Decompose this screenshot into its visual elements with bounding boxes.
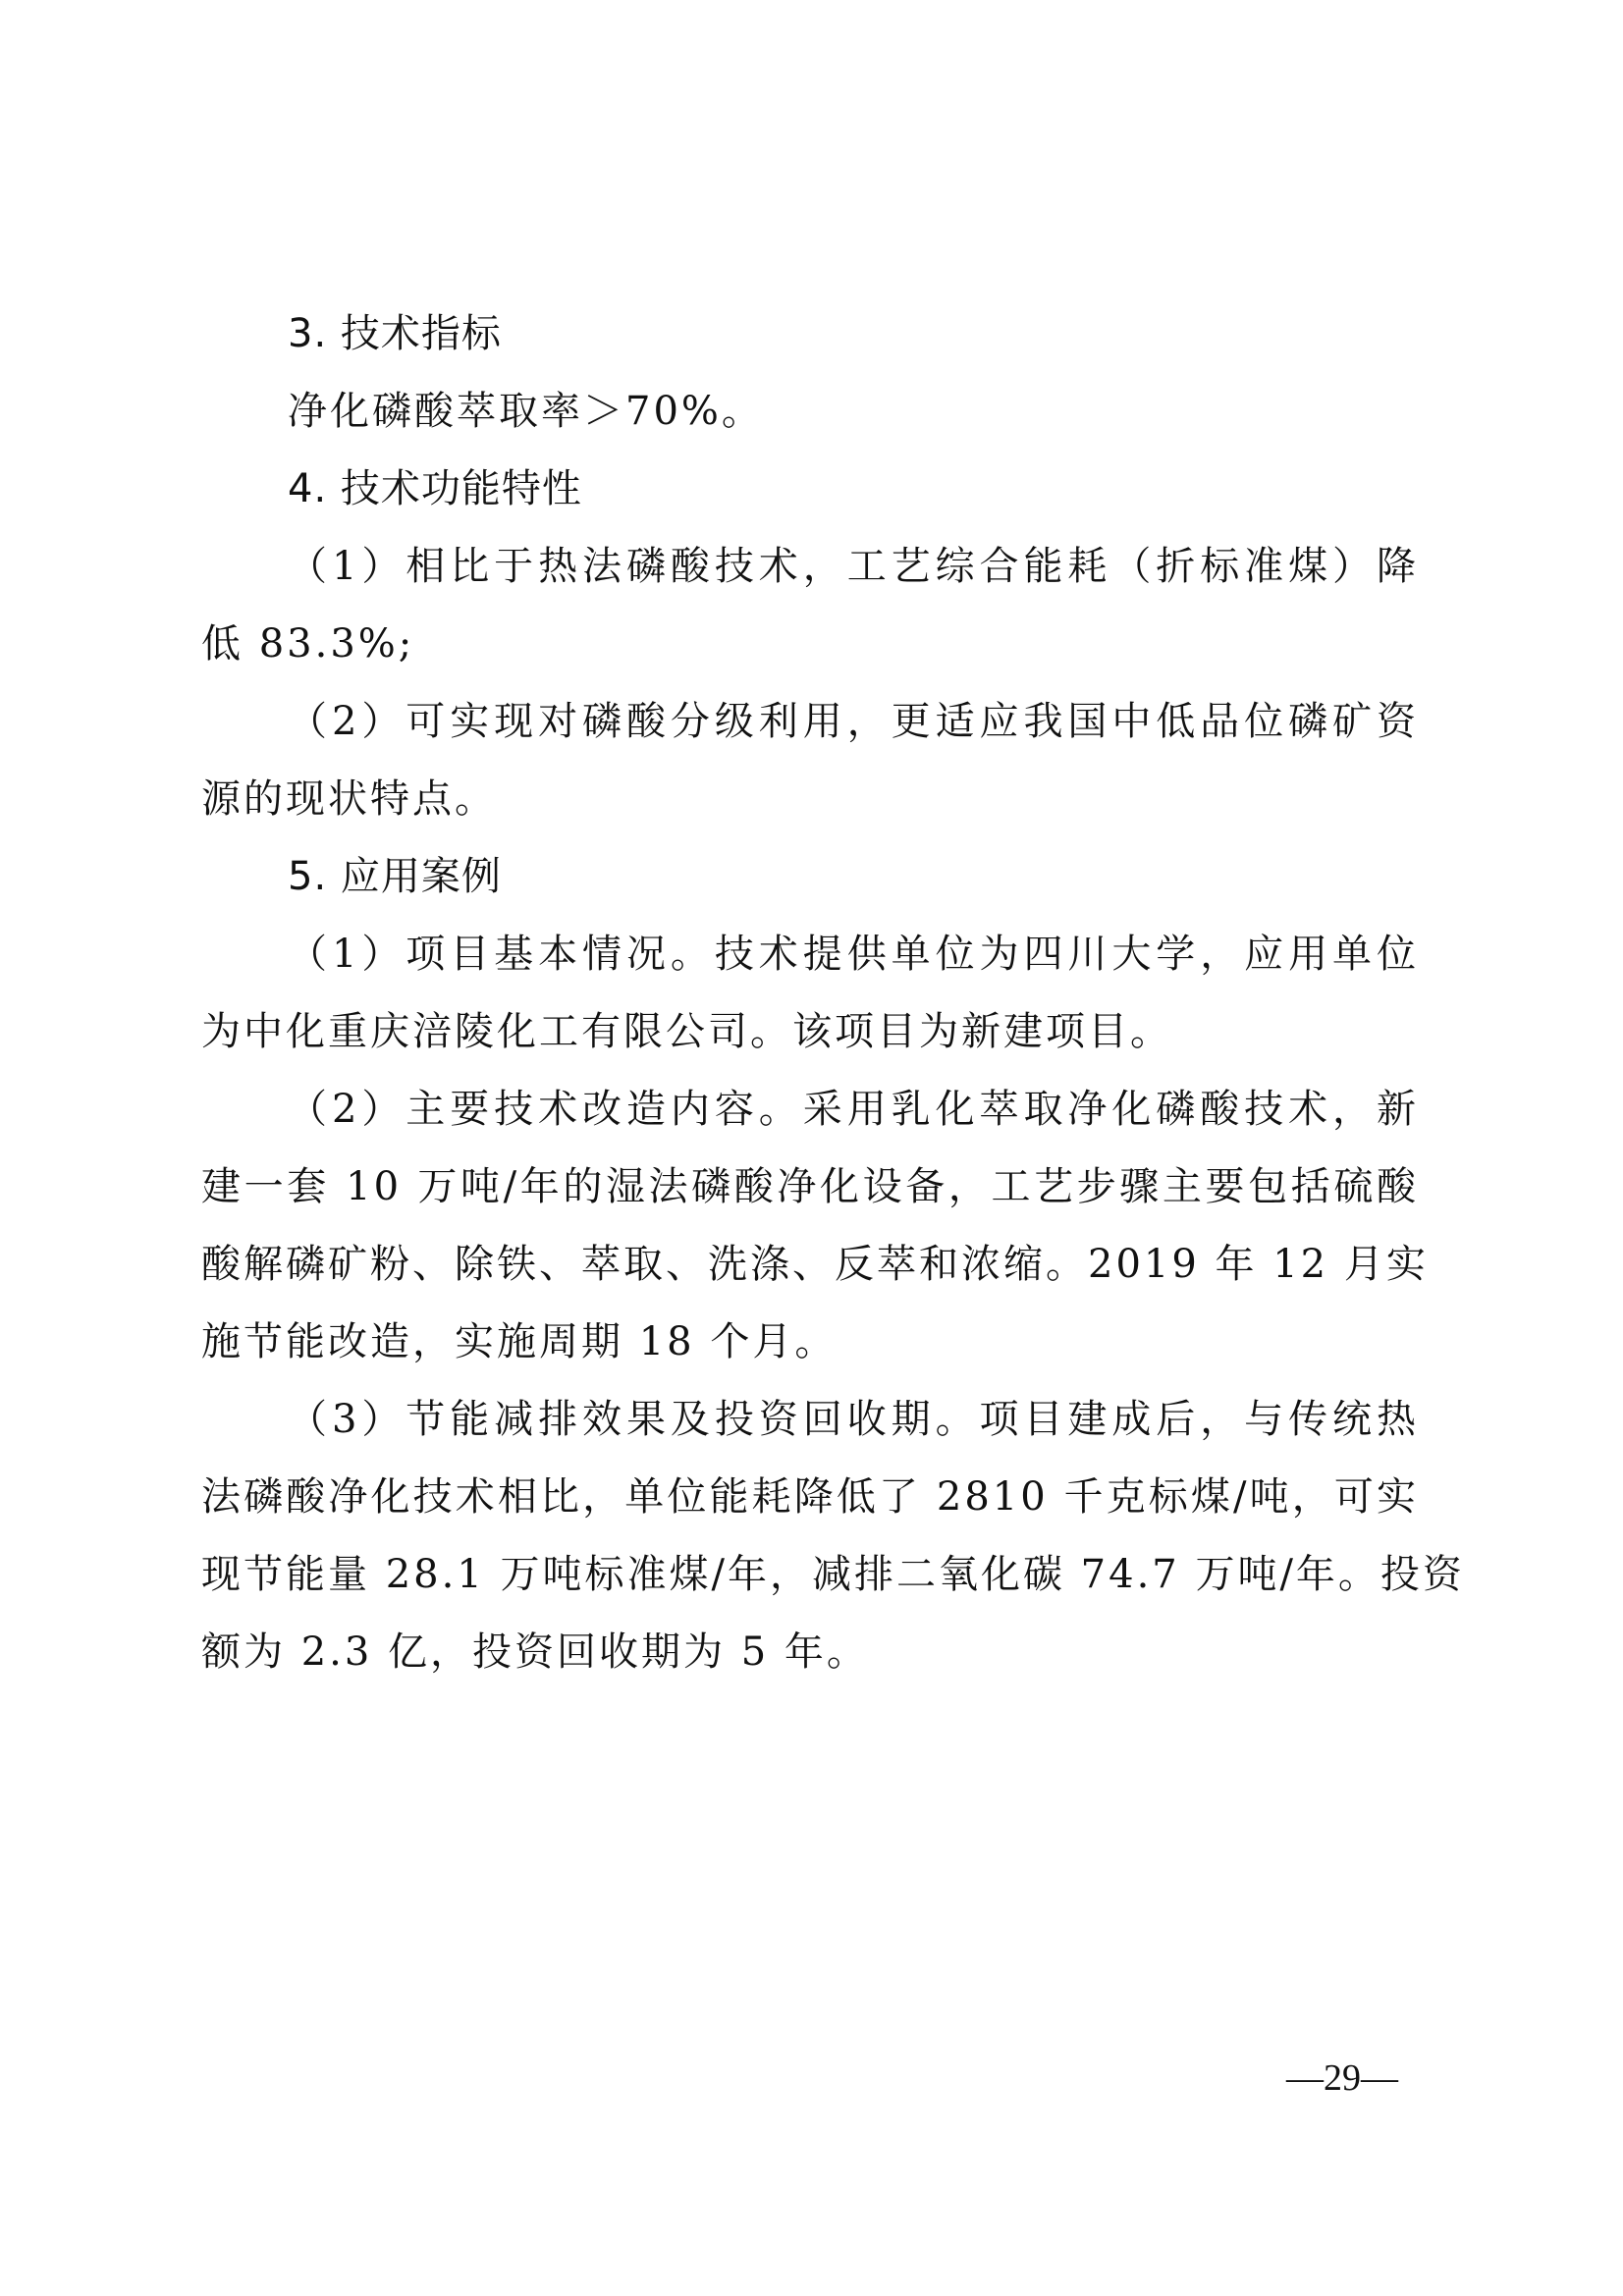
- paragraph-line: 酸解磷矿粉、除铁、萃取、洗涤、反萃和浓缩。2019 年 12 月实: [201, 1241, 1419, 1288]
- paragraph-line: 低 83.3%;: [201, 620, 1419, 667]
- paragraph-line: 法磷酸净化技术相比，单位能耗降低了 2810 千克标煤/吨，可实: [201, 1473, 1419, 1521]
- paragraph-line: 施节能改造，实施周期 18 个月。: [201, 1318, 1419, 1365]
- document-page: 3. 技术指标 净化磷酸萃取率＞70%。 4. 技术功能特性 （1）相比于热法磷…: [0, 0, 1623, 2296]
- paragraph-line: （2）可实现对磷酸分级利用，更适应我国中低品位磷矿资: [288, 698, 1419, 745]
- paragraph-line: （1）项目基本情况。技术提供单位为四川大学，应用单位: [288, 931, 1419, 978]
- section-heading-application-case: 5. 应用案例: [288, 853, 1505, 900]
- paragraph-line: （3）节能减排效果及投资回收期。项目建成后，与传统热: [288, 1396, 1419, 1443]
- paragraph-line: （2）主要技术改造内容。采用乳化萃取净化磷酸技术，新: [288, 1086, 1419, 1133]
- paragraph-line: 建一套 10 万吨/年的湿法磷酸净化设备，工艺步骤主要包括硫酸: [201, 1163, 1419, 1210]
- paragraph-line: （1）相比于热法磷酸技术，工艺综合能耗（折标准煤）降: [288, 543, 1419, 590]
- paragraph-line: 源的现状特点。: [201, 775, 1419, 823]
- section-heading-technical-indicators: 3. 技术指标: [288, 310, 1505, 357]
- section-heading-functional-features: 4. 技术功能特性: [288, 465, 1505, 512]
- paragraph-line: 净化磷酸萃取率＞70%。: [288, 388, 1505, 435]
- page-number: —29—: [1286, 2056, 1398, 2100]
- paragraph-line: 为中化重庆涪陵化工有限公司。该项目为新建项目。: [201, 1008, 1419, 1055]
- paragraph-line: 现节能量 28.1 万吨标准煤/年，减排二氧化碳 74.7 万吨/年。投资: [201, 1551, 1419, 1598]
- paragraph-line: 额为 2.3 亿，投资回收期为 5 年。: [201, 1629, 1419, 1676]
